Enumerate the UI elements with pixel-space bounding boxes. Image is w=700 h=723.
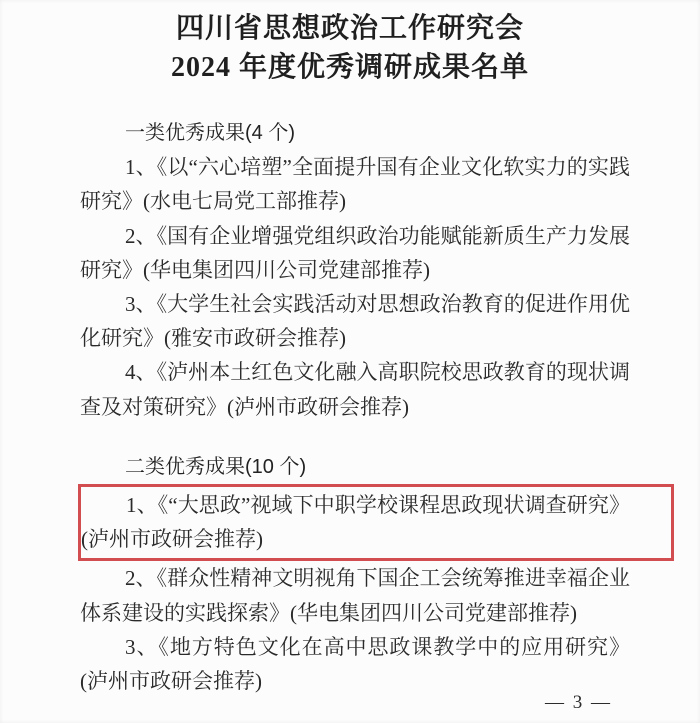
page-number: — 3 — bbox=[545, 692, 612, 714]
list-item-1-4: 4、《泸州本土红色文化融入高职院校思政教育的现状调查及对策研究》(泸州市政研会推… bbox=[80, 355, 630, 423]
list-item-2-1-highlighted: 1、《“大思政”视域下中职学校课程思政现状调查研究》(泸州市政研会推荐) bbox=[81, 488, 630, 556]
document-title-line2: 2024 年度优秀调研成果名单 bbox=[0, 48, 700, 87]
list-item-2-2: 2、《群众性精神文明视角下国企工会统筹推进幸福企业体系建设的实践探索》(华电集团… bbox=[80, 561, 630, 629]
list-item-2-3: 3、《地方特色文化在高中思政课教学中的应用研究》(泸州市政研会推荐) bbox=[80, 630, 630, 698]
list-item-1-1: 1、《以“六心培塑”全面提升国有企业文化软实力的实践研究》(水电七局党工部推荐) bbox=[80, 150, 630, 218]
document-title: 四川省思想政治工作研究会 2024 年度优秀调研成果名单 bbox=[0, 0, 700, 87]
list-item-1-3: 3、《大学生社会实践活动对思想政治教育的促进作用优化研究》(雅安市政研会推荐) bbox=[80, 287, 630, 355]
highlight-box: 1、《“大思政”视域下中职学校课程思政现状调查研究》(泸州市政研会推荐) bbox=[78, 484, 674, 561]
list-item-1-2: 2、《国有企业增强党组织政治功能赋能新质生产力发展研究》(华电集团四川公司党建部… bbox=[80, 219, 630, 287]
document-body: 一类优秀成果(4 个) 1、《以“六心培塑”全面提升国有企业文化软实力的实践研究… bbox=[80, 116, 630, 698]
section-1-header: 一类优秀成果(4 个) bbox=[80, 116, 630, 150]
section-2-header: 二类优秀成果(10 个) bbox=[80, 450, 630, 484]
document-page: 四川省思想政治工作研究会 2024 年度优秀调研成果名单 一类优秀成果(4 个)… bbox=[0, 0, 700, 723]
document-title-line1: 四川省思想政治工作研究会 bbox=[0, 9, 700, 48]
